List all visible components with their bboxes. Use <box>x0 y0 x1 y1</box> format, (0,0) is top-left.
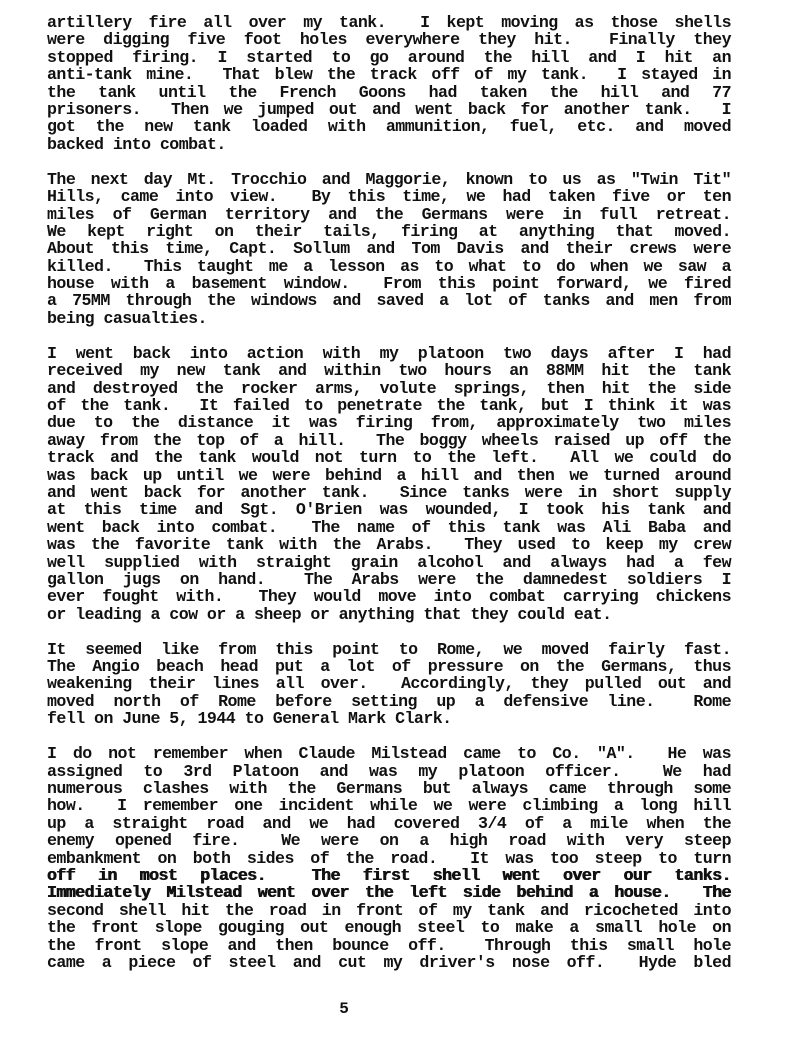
text-line: prisoners. Then we jumped out and went b… <box>47 101 731 118</box>
text-line: how. I remember one incident while we we… <box>47 797 731 814</box>
paragraph-5: I do not remember when Claude Milstead c… <box>47 745 731 971</box>
paragraph-4: It seemed like from this point to Rome, … <box>47 641 731 728</box>
text-line: enemy opened fire. We were on a high roa… <box>47 832 731 849</box>
text-line: assigned to 3rd Platoon and was my plato… <box>47 763 731 780</box>
text-line: away from the top of a hill. The boggy w… <box>47 432 731 449</box>
text-line: went back into combat. The name of this … <box>47 519 731 536</box>
text-line: I do not remember when Claude Milstead c… <box>47 745 731 762</box>
text-line: We kept right on their tails, firing at … <box>47 223 731 240</box>
text-line: stopped firing. I started to go around t… <box>47 49 731 66</box>
text-line: gallon jugs on hand. The Arabs were the … <box>47 571 731 588</box>
text-line: weakening their lines all over. Accordin… <box>47 675 731 692</box>
text-line: well supplied with straight grain alcoho… <box>47 554 731 571</box>
text-line: miles of German territory and the German… <box>47 206 731 223</box>
text-line: received my new tank and within two hour… <box>47 362 731 379</box>
text-line: a 75MM through the windows and saved a l… <box>47 292 731 309</box>
paragraph-3: I went back into action with my platoon … <box>47 345 731 623</box>
paragraph-1: artillery fire all over my tank. I kept … <box>47 14 731 153</box>
text-line: the tank until the French Goons had take… <box>47 84 731 101</box>
text-line: got the new tank loaded with ammunition,… <box>47 118 731 135</box>
body-text: artillery fire all over my tank. I kept … <box>47 14 731 989</box>
text-line: track and the tank would not turn to the… <box>47 449 731 466</box>
text-line: About this time, Capt. Sollum and Tom Da… <box>47 240 731 257</box>
text-line: artillery fire all over my tank. I kept … <box>47 14 731 31</box>
text-line: fell on June 5, 1944 to General Mark Cla… <box>47 710 731 727</box>
text-line: the front slope gouging out enough steel… <box>47 919 731 936</box>
text-line: numerous clashes with the Germans but al… <box>47 780 731 797</box>
text-line: moved north of Rome before setting up a … <box>47 693 731 710</box>
text-line: anti-tank mine. That blew the track off … <box>47 66 731 83</box>
text-line: or leading a cow or a sheep or anything … <box>47 606 731 623</box>
text-line: at this time and Sgt. O'Brien was wounde… <box>47 501 731 518</box>
text-line: and destroyed the rocker arms, volute sp… <box>47 380 731 397</box>
page-number: 5 <box>336 1000 352 1018</box>
text-line: came a piece of steel and cut my driver'… <box>47 954 731 971</box>
paragraph-2: The next day Mt. Trocchio and Maggorie, … <box>47 171 731 328</box>
text-line: off in most places. The first shell went… <box>47 867 731 884</box>
text-line: was back up until we were behind a hill … <box>47 467 731 484</box>
text-line: were digging five foot holes everywhere … <box>47 31 731 48</box>
text-line: It seemed like from this point to Rome, … <box>47 641 731 658</box>
text-line: Immediately Milstead went over the left … <box>47 884 731 901</box>
text-line: was the favorite tank with the Arabs. Th… <box>47 536 731 553</box>
text-line: due to the distance it was firing from, … <box>47 414 731 431</box>
text-line: ever fought with. They would move into c… <box>47 588 731 605</box>
text-line: Hills, came into view. By this time, we … <box>47 188 731 205</box>
text-line: embankment on both sides of the road. It… <box>47 850 731 867</box>
text-line: of the tank. It failed to penetrate the … <box>47 397 731 414</box>
text-line: house with a basement window. From this … <box>47 275 731 292</box>
text-line: The Angio beach head put a lot of pressu… <box>47 658 731 675</box>
text-line: up a straight road and we had covered 3/… <box>47 815 731 832</box>
text-line: being casualties. <box>47 310 731 327</box>
text-line: the front slope and then bounce off. Thr… <box>47 937 731 954</box>
text-line: I went back into action with my platoon … <box>47 345 731 362</box>
text-line: and went back for another tank. Since ta… <box>47 484 731 501</box>
text-line: killed. This taught me a lesson as to wh… <box>47 258 731 275</box>
text-line: The next day Mt. Trocchio and Maggorie, … <box>47 171 731 188</box>
document-page: artillery fire all over my tank. I kept … <box>0 0 786 1048</box>
text-line: backed into combat. <box>47 136 731 153</box>
text-line: second shell hit the road in front of my… <box>47 902 731 919</box>
